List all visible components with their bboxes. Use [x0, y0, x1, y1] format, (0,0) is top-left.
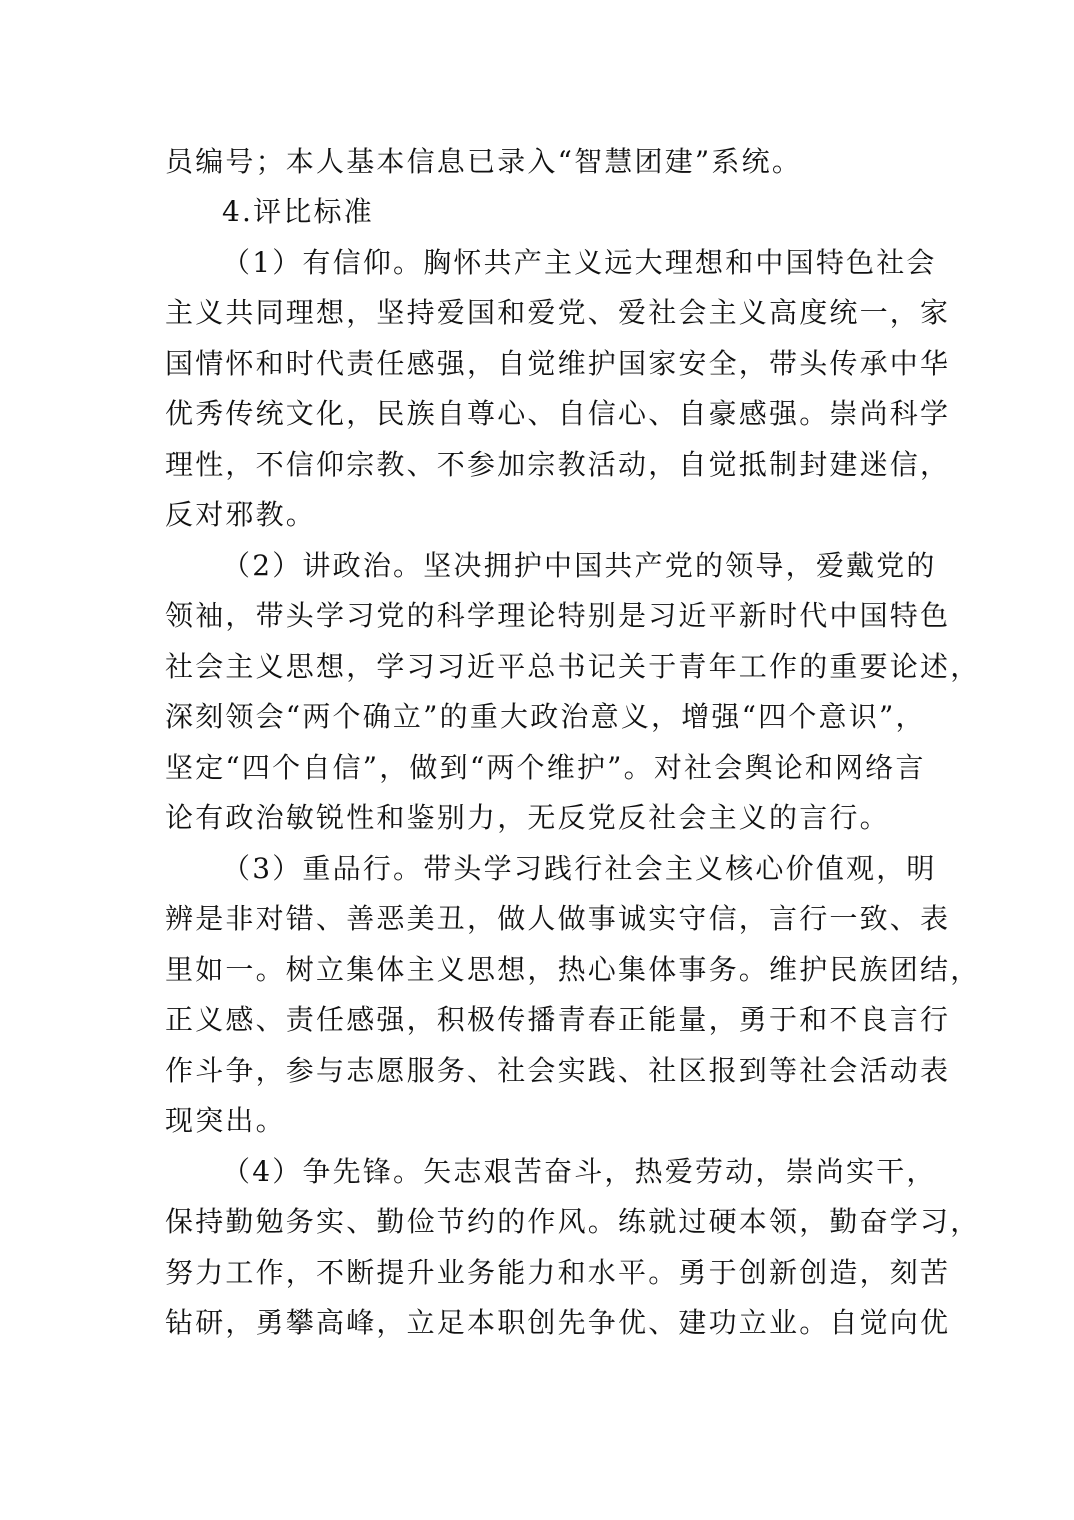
paragraph-1-line: 优秀传统文化，民族自尊心、自信心、自豪感强。崇尚科学	[165, 394, 925, 434]
paragraph-1-line: 反对邪教。	[165, 495, 925, 535]
paragraph-2-line: 领袖，带头学习党的科学理论特别是习近平新时代中国特色	[165, 596, 925, 636]
paragraph-3-line: 里如一。树立集体主义思想，热心集体事务。维护民族团结，	[165, 950, 925, 990]
paragraph-4-line: 保持勤勉务实、勤俭节约的作风。练就过硬本领，勤奋学习，	[165, 1202, 925, 1242]
paragraph-2-line: （2）讲政治。坚决拥护中国共产党的领导，爱戴党的	[222, 546, 982, 586]
paragraph-3-line: 辨是非对错、善恶美丑，做人做事诚实守信，言行一致、表	[165, 899, 925, 939]
paragraph-2-line: 论有政治敏锐性和鉴别力，无反党反社会主义的言行。	[165, 798, 925, 838]
document-page: 员编号；本人基本信息已录入“智慧团建”系统。 4.评比标准 （1）有信仰。胸怀共…	[0, 0, 1074, 1520]
paragraph-4-line: （4）争先锋。矢志艰苦奋斗，热爱劳动，崇尚实干，	[222, 1152, 982, 1192]
paragraph-3-line: 正义感、责任感强，积极传播青春正能量，勇于和不良言行	[165, 1000, 925, 1040]
paragraph-2-line: 社会主义思想，学习习近平总书记关于青年工作的重要论述，	[165, 647, 925, 687]
section-heading-criteria: 4.评比标准	[222, 192, 982, 232]
paragraph-1-line: 理性，不信仰宗教、不参加宗教活动，自觉抵制封建迷信，	[165, 445, 925, 485]
paragraph-4-line: 钻研，勇攀高峰，立足本职创先争优、建功立业。自觉向优	[165, 1303, 925, 1343]
paragraph-3-line: 现突出。	[165, 1101, 925, 1141]
paragraph-3-line: 作斗争，参与志愿服务、社会实践、社区报到等社会活动表	[165, 1051, 925, 1091]
paragraph-1-line: 主义共同理想，坚持爱国和爱党、爱社会主义高度统一，家	[165, 293, 925, 333]
text-line-continuation: 员编号；本人基本信息已录入“智慧团建”系统。	[165, 142, 925, 182]
paragraph-3-line: （3）重品行。带头学习践行社会主义核心价值观，明	[222, 849, 982, 889]
paragraph-1-line: （1）有信仰。胸怀共产主义远大理想和中国特色社会	[222, 243, 982, 283]
paragraph-2-line: 坚定“四个自信”，做到“两个维护”。对社会舆论和网络言	[165, 748, 925, 788]
paragraph-2-line: 深刻领会“两个确立”的重大政治意义，增强“四个意识”，	[165, 697, 925, 737]
paragraph-4-line: 努力工作，不断提升业务能力和水平。勇于创新创造，刻苦	[165, 1253, 925, 1293]
paragraph-1-line: 国情怀和时代责任感强，自觉维护国家安全，带头传承中华	[165, 344, 925, 384]
